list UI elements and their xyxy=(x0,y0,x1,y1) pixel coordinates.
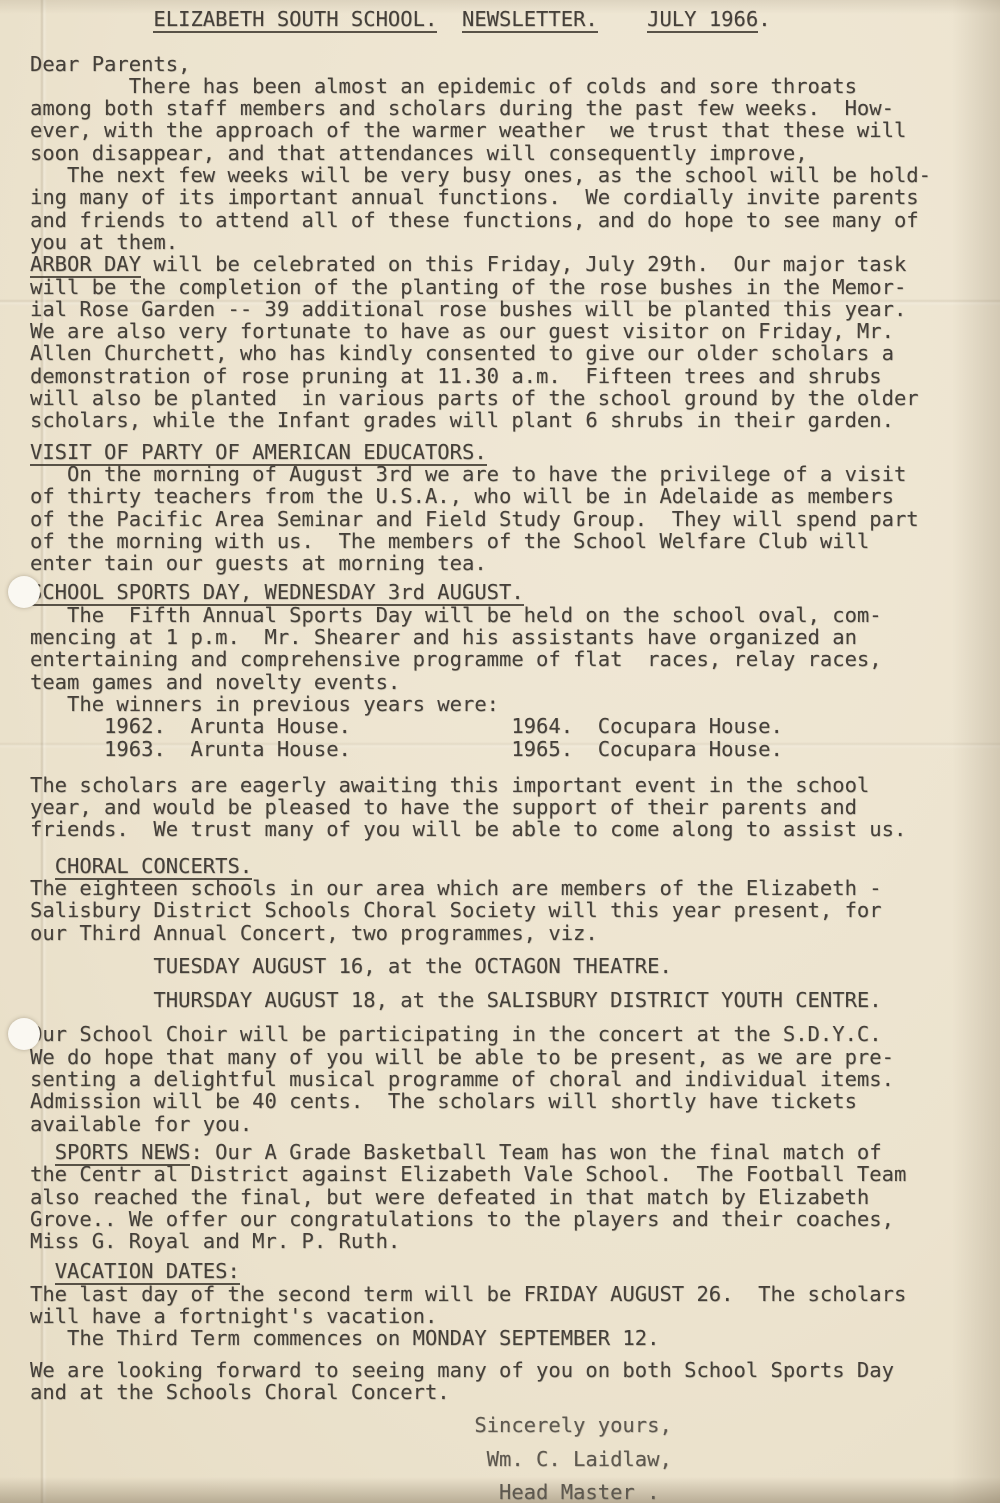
text-segment: The Fifth Annual Sports Day will be held… xyxy=(30,603,882,627)
newsletter-title: ELIZABETH SOUTH SCHOOL. NEWSLETTER. JULY… xyxy=(30,8,1000,30)
document-line: Our School Choir will be participating i… xyxy=(30,1023,1000,1045)
text-segment: We are also very fortunate to have as ou… xyxy=(30,319,894,343)
text-segment: team games and novelty events. xyxy=(30,670,400,694)
text-segment: Dear Parents, xyxy=(30,52,190,76)
document-line: The winners in previous years were: xyxy=(30,693,1000,715)
text-segment: ing many of its important annual functio… xyxy=(30,185,919,209)
text-segment xyxy=(30,854,55,878)
document-line: demonstration of rose pruning at 11.30 a… xyxy=(30,365,1000,387)
newsletter-page: ELIZABETH SOUTH SCHOOL. NEWSLETTER. JULY… xyxy=(0,0,1000,1503)
section-heading-sports-news: SPORTS NEWS: Our A Grade Basketball Team… xyxy=(30,1141,1000,1163)
text-segment: and friends to attend all of these funct… xyxy=(30,208,919,232)
winners-row: 1962. Arunta House. 1964. Cocupara House… xyxy=(30,715,1000,737)
text-segment: The next few weeks will be very busy one… xyxy=(30,163,931,187)
text-segment: Our School Choir will be participating i… xyxy=(30,1022,882,1046)
document-line: our Third Annual Concert, two programmes… xyxy=(30,922,1000,944)
text-segment: of the Pacific Area Seminar and Field St… xyxy=(30,507,919,531)
text-segment: THURSDAY AUGUST 18, at the SALISBURY DIS… xyxy=(30,988,882,1012)
text-segment: On the morning of August 3rd we are to h… xyxy=(30,462,906,486)
text-segment: you at them. xyxy=(30,230,178,254)
text-segment: The eighteen schools in our area which a… xyxy=(30,876,882,900)
text-segment: Salisbury District Schools Choral Societ… xyxy=(30,898,882,922)
text-segment xyxy=(598,7,647,31)
text-segment: of thirty teachers from the U.S.A., who … xyxy=(30,484,894,508)
document-line: The next few weeks will be very busy one… xyxy=(30,164,1000,186)
document-line: friends. We trust many of you will be ab… xyxy=(30,818,1000,840)
text-segment: and at the Schools Choral Concert. xyxy=(30,1380,450,1404)
text-segment: Wm. C. Laidlaw, xyxy=(30,1447,672,1471)
salutation: Dear Parents, xyxy=(30,53,1000,75)
text-segment: Miss G. Royal and Mr. P. Ruth. xyxy=(30,1229,400,1253)
section-heading-vacation-dates: VACATION DATES: xyxy=(30,1260,1000,1282)
text-segment: scholars, while the Infant grades will p… xyxy=(30,408,894,432)
text-segment: entertaining and comprehensive programme… xyxy=(30,647,882,671)
winners-row: 1963. Arunta House. 1965. Cocupara House… xyxy=(30,738,1000,760)
text-segment: There has been almost an epidemic of col… xyxy=(30,74,857,98)
text-segment: the Centr al District against Elizabeth … xyxy=(30,1162,906,1186)
document-line: year, and would be pleased to have the s… xyxy=(30,796,1000,818)
text-segment xyxy=(30,1259,55,1283)
text-segment: will be celebrated on this Friday, July … xyxy=(141,252,906,276)
document-line: of the Pacific Area Seminar and Field St… xyxy=(30,508,1000,530)
text-segment: Sincerely yours, xyxy=(30,1413,672,1437)
text-segment: Allen Churchett, who has kindly consente… xyxy=(30,341,894,365)
text-segment: of the morning with us. The members of t… xyxy=(30,529,869,553)
signature-closing: Sincerely yours, xyxy=(30,1414,1000,1436)
text-segment: The Third Term commences on MONDAY SEPTE… xyxy=(30,1326,659,1350)
document-line: The last day of the second term will be … xyxy=(30,1283,1000,1305)
document-line: Grove.. We offer our congratulations to … xyxy=(30,1208,1000,1230)
section-heading-american-educators: VISIT OF PARTY OF AMERICAN EDUCATORS. xyxy=(30,441,1000,463)
document-line: On the morning of August 3rd we are to h… xyxy=(30,463,1000,485)
document-line: the Centr al District against Elizabeth … xyxy=(30,1163,1000,1185)
text-segment: . xyxy=(758,7,770,31)
document-line: will have a fortnight's vacation. xyxy=(30,1305,1000,1327)
document-line: you at them. xyxy=(30,231,1000,253)
underlined-text: NEWSLETTER. xyxy=(462,7,598,33)
text-segment: senting a delightful musical programme o… xyxy=(30,1067,894,1091)
document-line: mencing at 1 p.m. Mr. Shearer and his as… xyxy=(30,626,1000,648)
document-line xyxy=(30,30,1000,52)
text-segment: ever, with the approach of the warmer we… xyxy=(30,118,906,142)
section-heading-choral-concerts: CHORAL CONCERTS. xyxy=(30,855,1000,877)
text-segment: Grove.. We offer our congratulations to … xyxy=(30,1207,894,1231)
document-line: available for you. xyxy=(30,1113,1000,1135)
text-segment: 1962. Arunta House. 1964. Cocupara House… xyxy=(30,714,783,738)
text-segment: soon disappear, and that attendances wil… xyxy=(30,141,808,165)
text-segment: Admission will be 40 cents. The scholars… xyxy=(30,1089,857,1113)
document-line: Allen Churchett, who has kindly consente… xyxy=(30,342,1000,364)
document-line: scholars, while the Infant grades will p… xyxy=(30,409,1000,431)
document-line: among both staff members and scholars du… xyxy=(30,97,1000,119)
text-segment: TUESDAY AUGUST 16, at the OCTAGON THEATR… xyxy=(30,954,672,978)
document-line: will be the completion of the planting o… xyxy=(30,276,1000,298)
document-line: team games and novelty events. xyxy=(30,671,1000,693)
document-line: Salisbury District Schools Choral Societ… xyxy=(30,899,1000,921)
underlined-text: ELIZABETH SOUTH SCHOOL. xyxy=(153,7,437,33)
section-heading-arbor-day: ARBOR DAY will be celebrated on this Fri… xyxy=(30,253,1000,275)
text-segment xyxy=(30,7,153,31)
text-segment: will also be planted in various parts of… xyxy=(30,386,919,410)
text-segment: year, and would be pleased to have the s… xyxy=(30,795,857,819)
document-line: We do hope that many of you will be able… xyxy=(30,1046,1000,1068)
text-segment: our Third Annual Concert, two programmes… xyxy=(30,921,598,945)
text-segment: available for you. xyxy=(30,1112,252,1136)
document-line: soon disappear, and that attendances wil… xyxy=(30,142,1000,164)
signature-name: Wm. C. Laidlaw, xyxy=(30,1448,1000,1470)
concert-date-thursday: THURSDAY AUGUST 18, at the SALISBURY DIS… xyxy=(30,989,1000,1011)
underlined-text: JULY 1966 xyxy=(647,7,758,33)
document-line: will also be planted in various parts of… xyxy=(30,387,1000,409)
document-line: We are looking forward to seeing many of… xyxy=(30,1359,1000,1381)
text-segment: : Our A Grade Basketball Team has won th… xyxy=(190,1140,881,1164)
text-segment: We are looking forward to seeing many of… xyxy=(30,1358,894,1382)
text-segment: We do hope that many of you will be able… xyxy=(30,1045,894,1069)
document-line: The eighteen schools in our area which a… xyxy=(30,877,1000,899)
text-segment xyxy=(30,1140,55,1164)
text-segment: The last day of the second term will be … xyxy=(30,1282,906,1306)
section-heading-sports-day: SCHOOL SPORTS DAY, WEDNESDAY 3rd AUGUST. xyxy=(30,581,1000,603)
document-line: of the morning with us. The members of t… xyxy=(30,530,1000,552)
text-segment: 1963. Arunta House. 1965. Cocupara House… xyxy=(30,737,783,761)
document-line: There has been almost an epidemic of col… xyxy=(30,75,1000,97)
document-line: ial Rose Garden -- 39 additional rose bu… xyxy=(30,298,1000,320)
document-line: ing many of its important annual functio… xyxy=(30,186,1000,208)
document-line: The Fifth Annual Sports Day will be held… xyxy=(30,604,1000,626)
text-segment: The winners in previous years were: xyxy=(30,692,499,716)
concert-date-tuesday: TUESDAY AUGUST 16, at the OCTAGON THEATR… xyxy=(30,955,1000,977)
text-segment: ial Rose Garden -- 39 additional rose bu… xyxy=(30,297,906,321)
document-line: senting a delightful musical programme o… xyxy=(30,1068,1000,1090)
document-lines: ELIZABETH SOUTH SCHOOL. NEWSLETTER. JULY… xyxy=(30,8,1000,1503)
document-line: entertaining and comprehensive programme… xyxy=(30,648,1000,670)
document-line: and friends to attend all of these funct… xyxy=(30,209,1000,231)
text-segment: Head Master . xyxy=(30,1480,659,1503)
document-line: and at the Schools Choral Concert. xyxy=(30,1381,1000,1403)
text-segment: mencing at 1 p.m. Mr. Shearer and his as… xyxy=(30,625,857,649)
document-line: The Third Term commences on MONDAY SEPTE… xyxy=(30,1327,1000,1349)
text-segment: enter tain our guests at morning tea. xyxy=(30,551,487,575)
text-segment: The scholars are eagerly awaiting this i… xyxy=(30,773,869,797)
document-line: The scholars are eagerly awaiting this i… xyxy=(30,774,1000,796)
text-segment: friends. We trust many of you will be ab… xyxy=(30,817,906,841)
document-line: also reached the final, but were defeate… xyxy=(30,1186,1000,1208)
text-segment xyxy=(437,7,462,31)
document-line: ever, with the approach of the warmer we… xyxy=(30,119,1000,141)
document-line: enter tain our guests at morning tea. xyxy=(30,552,1000,574)
text-segment: also reached the final, but were defeate… xyxy=(30,1185,869,1209)
document-line: Miss G. Royal and Mr. P. Ruth. xyxy=(30,1230,1000,1252)
document-line: of thirty teachers from the U.S.A., who … xyxy=(30,485,1000,507)
text-segment: will have a fortnight's vacation. xyxy=(30,1304,437,1328)
text-segment: among both staff members and scholars du… xyxy=(30,96,894,120)
text-segment: demonstration of rose pruning at 11.30 a… xyxy=(30,364,882,388)
document-line: Admission will be 40 cents. The scholars… xyxy=(30,1090,1000,1112)
text-segment: will be the completion of the planting o… xyxy=(30,275,906,299)
document-line: We are also very fortunate to have as ou… xyxy=(30,320,1000,342)
signature-role: Head Master . xyxy=(30,1481,1000,1503)
